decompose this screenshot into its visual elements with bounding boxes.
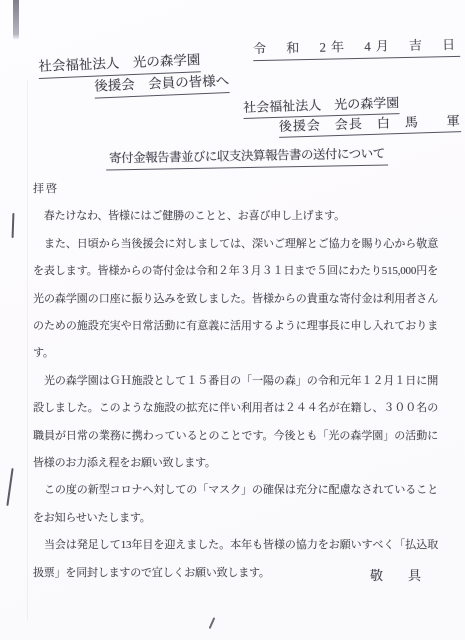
addressee-block: 社会福祉法人 光の森学園 後援会 会員の皆様へ [38,49,230,101]
body-paragraphs: 春たけなわ、皆様にはご健勝のことと、お喜び申し上げます。 また、日頃から当後援会… [33,203,438,587]
salutation: 拝啓 [33,176,438,203]
body-paragraph: 光の森学園はＧＨ施設として１５番目の「一陽の森」の令和元年１２月１日に開設しまし… [33,368,438,478]
addressee-members: 後援会 会員の皆様へ [94,71,230,99]
closing-keigu: 敬 具 [370,565,427,584]
letter-date-text: 令 和 2年 4月 吉 日 [253,34,461,61]
scan-mark-left-lower [6,468,13,506]
sender-block: 社会福祉法人 光の森学園 後援会 会長 白 馬 軍 [243,92,461,139]
body-paragraph: 春たけなわ、皆様にはご健勝のことと、お喜び申し上げます。 [33,203,438,230]
addressee-line-2: 後援会 会員の皆様へ [94,71,230,99]
paper-fold-line [27,80,28,620]
scan-mark-left-upper [12,213,15,238]
sender-line-2: 後援会 会長 白 馬 軍 [279,112,462,138]
scan-edge-strip [13,0,19,40]
scanned-letter-page: 令 和 2年 4月 吉 日 社会福祉法人 光の森学園 後援会 会員の皆様へ 社会… [0,0,465,640]
sender-chairman: 後援会 会長 白 馬 軍 [279,112,462,138]
letter-subject-text: 寄付金報告書並びに収支決算報告書の送付について [106,144,388,171]
scan-mark-bottom [209,617,215,629]
letter-body: 拝啓 春たけなわ、皆様にはご健勝のことと、お喜び申し上げます。 また、日頃から当… [33,176,438,587]
letter-subject: 寄付金報告書並びに収支決算報告書の送付について [106,144,388,171]
letter-date: 令 和 2年 4月 吉 日 [253,34,461,61]
body-paragraph: また、日頃から当後援会に対しましては、深いご理解とご協力を賜り心から敬意を表しま… [33,231,438,368]
body-paragraph: この度の新型コロナへ対しての「マスク」の確保は充分に配慮なされていることをお知ら… [33,477,438,532]
